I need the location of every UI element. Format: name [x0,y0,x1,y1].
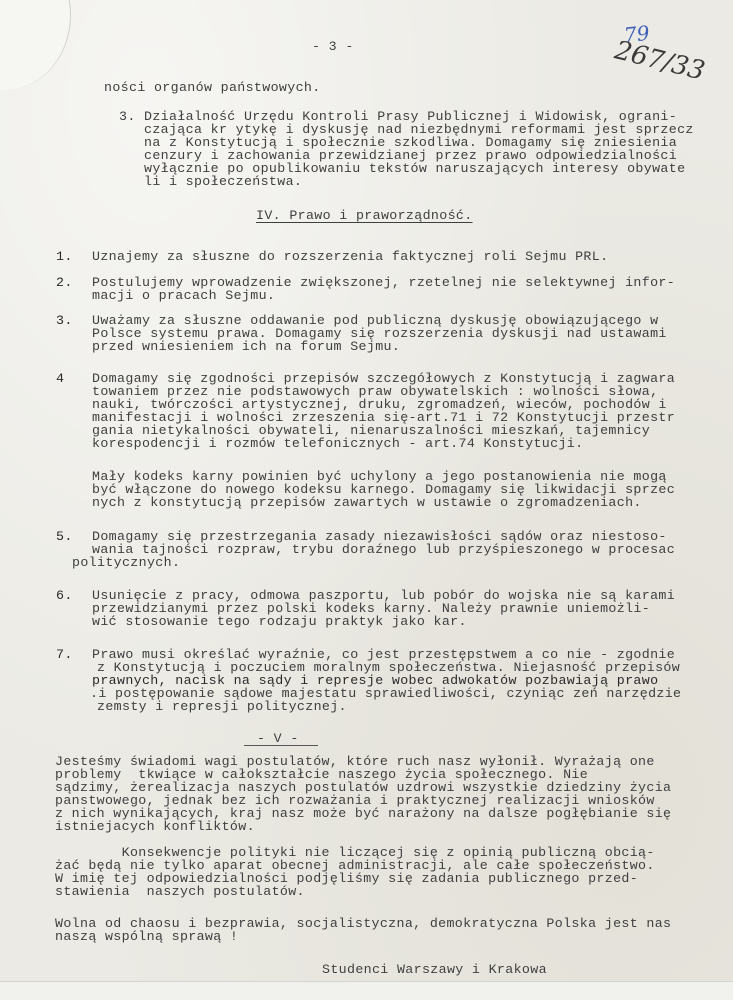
item-number: 4 [56,372,64,385]
item-number: 6. [56,589,73,602]
section-v-heading: - V - [257,732,299,745]
item-number: 3. [56,314,73,327]
text-line: stawienia naszych postulatów. [55,885,305,898]
signature: Studenci Warszawy i Krakowa [322,963,547,976]
text-line: istniejacych konfliktów. [55,820,255,833]
item-number: 2. [56,276,73,289]
text-line: wić stosowanie tego rodzaju praktyk jako… [92,615,467,628]
text-line: li i społeczeństwa. [119,175,302,188]
handwritten-reference: 267/33 [612,35,708,86]
footer-note: /przepisz i podaj dalej/ [60,987,260,1000]
text-line: Uznajemy za słuszne do rozszerzenia fakt… [92,250,608,263]
heading-underline [244,745,318,746]
text-line: naszą wspólną sprawą ! [55,930,238,943]
text-line: przed wniesieniem ich na forum Sejmu. [92,340,400,353]
section-iv-heading: IV. Prawo i praworządność. [256,209,473,222]
text-line: politycznych. [72,556,180,569]
text-line: nych z konstytucją przepisów zawartych w… [92,496,642,509]
item-number: 5. [56,530,73,543]
item-number: 1. [56,250,73,263]
text-line: korespodencji i rozmów telefonicznych - … [92,437,583,450]
document-page: - 3 - 79 267/33 ności organów państwowyc… [0,0,733,1000]
text-line: macji o pracach Sejmu. [92,289,275,302]
item-number: 7. [56,648,73,661]
page-number: - 3 - [312,40,354,53]
continuation-line: ności organów państwowych. [104,81,321,94]
text-line: zemsty i represji politycznej. [97,700,347,713]
